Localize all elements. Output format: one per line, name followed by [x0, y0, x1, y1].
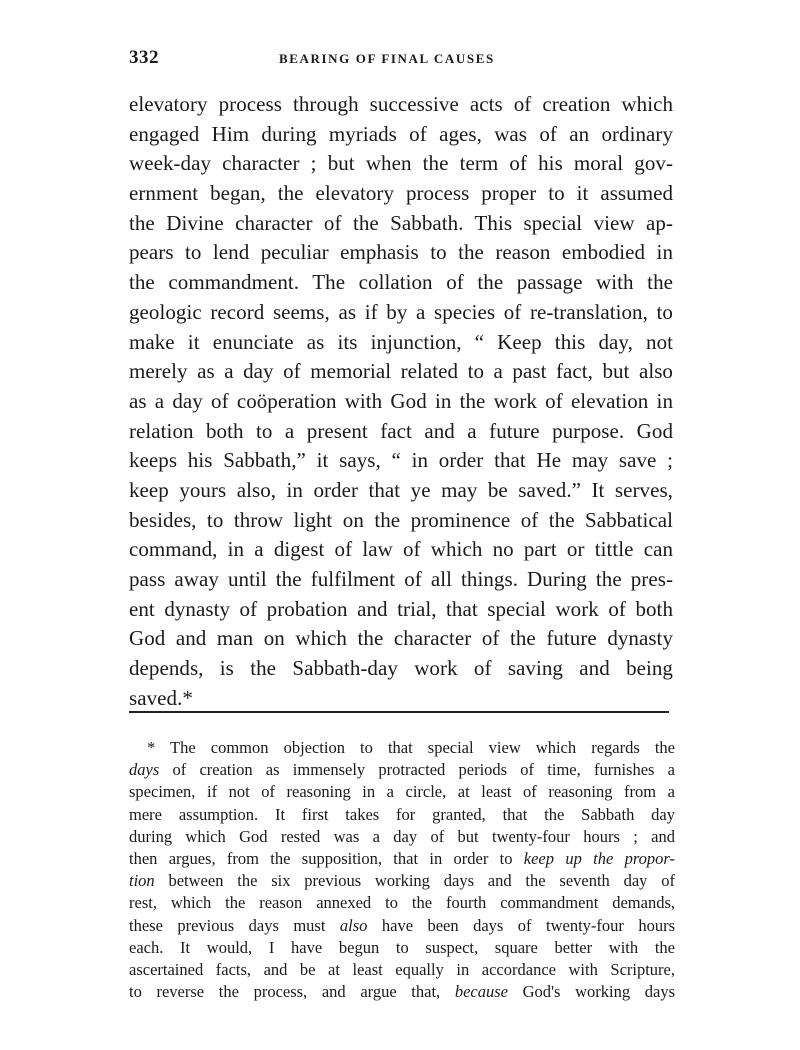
footnote-text: have been days of twenty-four hours [367, 916, 675, 935]
footnote-text: to reverse the process, and argue that, [129, 982, 455, 1001]
footnote-line: specimen, if not of reasoning in a circl… [129, 781, 675, 803]
body-line: week-day character ; but when the term o… [129, 149, 673, 179]
footnote-line: to reverse the process, and argue that, … [129, 981, 675, 1003]
footnote-italic: keep up the propor- [524, 849, 675, 868]
footnote-text: God's working days [508, 982, 675, 1001]
footnote-text: between the six previous working days an… [155, 871, 675, 890]
body-line: the Divine character of the Sabbath. Thi… [129, 209, 673, 239]
body-line: as a day of coöperation with God in the … [129, 387, 673, 417]
footnote-divider [129, 711, 669, 713]
footnote-text: mere assumption. It first takes for gran… [129, 805, 675, 824]
body-line: engaged Him during myriads of ages, was … [129, 120, 673, 150]
footnote-italic: also [340, 916, 368, 935]
footnote-text: ascertained facts, and be at least equal… [129, 960, 675, 979]
body-line: pears to lend peculiar emphasis to the r… [129, 238, 673, 268]
footnote-text: specimen, if not of reasoning in a circl… [129, 782, 675, 801]
footnote-line: mere assumption. It first takes for gran… [129, 804, 675, 826]
footnote-text: during which God rested was a day of but… [129, 827, 675, 846]
footnote-text: * The common objection to that special v… [147, 738, 675, 757]
body-line: ent dynasty of probation and trial, that… [129, 595, 673, 625]
footnote-text: each. It would, I have begun to suspect,… [129, 938, 675, 957]
body-line: merely as a day of memorial related to a… [129, 357, 673, 387]
page-number: 332 [129, 47, 159, 69]
footnote-line: then argues, from the supposition, that … [129, 848, 675, 870]
running-title: BEARING OF FINAL CAUSES [279, 51, 495, 67]
footnote-text: of creation as immensely protracted peri… [159, 760, 675, 779]
body-line: make it enunciate as its injunction, “ K… [129, 328, 673, 358]
body-line: God and man on which the character of th… [129, 624, 673, 654]
footnote-line: each. It would, I have begun to suspect,… [129, 937, 675, 959]
body-line: keeps his Sabbath,” it says, “ in order … [129, 446, 673, 476]
body-line: the commandment. The collation of the pa… [129, 268, 673, 298]
footnote-line: tion between the six previous working da… [129, 870, 675, 892]
footnote-line: * The common objection to that special v… [129, 737, 675, 759]
footnote-text: these previous days must [129, 916, 340, 935]
body-paragraph: elevatory process through successive act… [129, 90, 673, 713]
body-line: ernment began, the elevatory process pro… [129, 179, 673, 209]
footnote: * The common objection to that special v… [129, 737, 675, 1003]
footnote-italic: days [129, 760, 159, 779]
footnote-line: these previous days must also have been … [129, 915, 675, 937]
body-line: elevatory process through successive act… [129, 90, 673, 120]
body-line: saved.* [129, 684, 673, 714]
footnote-text: rest, which the reason annexed to the fo… [129, 893, 675, 912]
body-line: besides, to throw light on the prominenc… [129, 506, 673, 536]
footnote-italic: because [455, 982, 508, 1001]
body-line: pass away until the fulfilment of all th… [129, 565, 673, 595]
footnote-line: ascertained facts, and be at least equal… [129, 959, 675, 981]
body-line: relation both to a present fact and a fu… [129, 417, 673, 447]
body-line: depends, is the Sabbath-day work of savi… [129, 654, 673, 684]
body-line: geologic record seems, as if by a specie… [129, 298, 673, 328]
footnote-line: days of creation as immensely protracted… [129, 759, 675, 781]
footnote-italic: tion [129, 871, 155, 890]
body-line: command, in a digest of law of which no … [129, 535, 673, 565]
body-line: keep yours also, in order that ye may be… [129, 476, 673, 506]
footnote-text: then argues, from the supposition, that … [129, 849, 524, 868]
footnote-line: during which God rested was a day of but… [129, 826, 675, 848]
footnote-line: rest, which the reason annexed to the fo… [129, 892, 675, 914]
running-head: 332 BEARING OF FINAL CAUSES [129, 47, 673, 71]
